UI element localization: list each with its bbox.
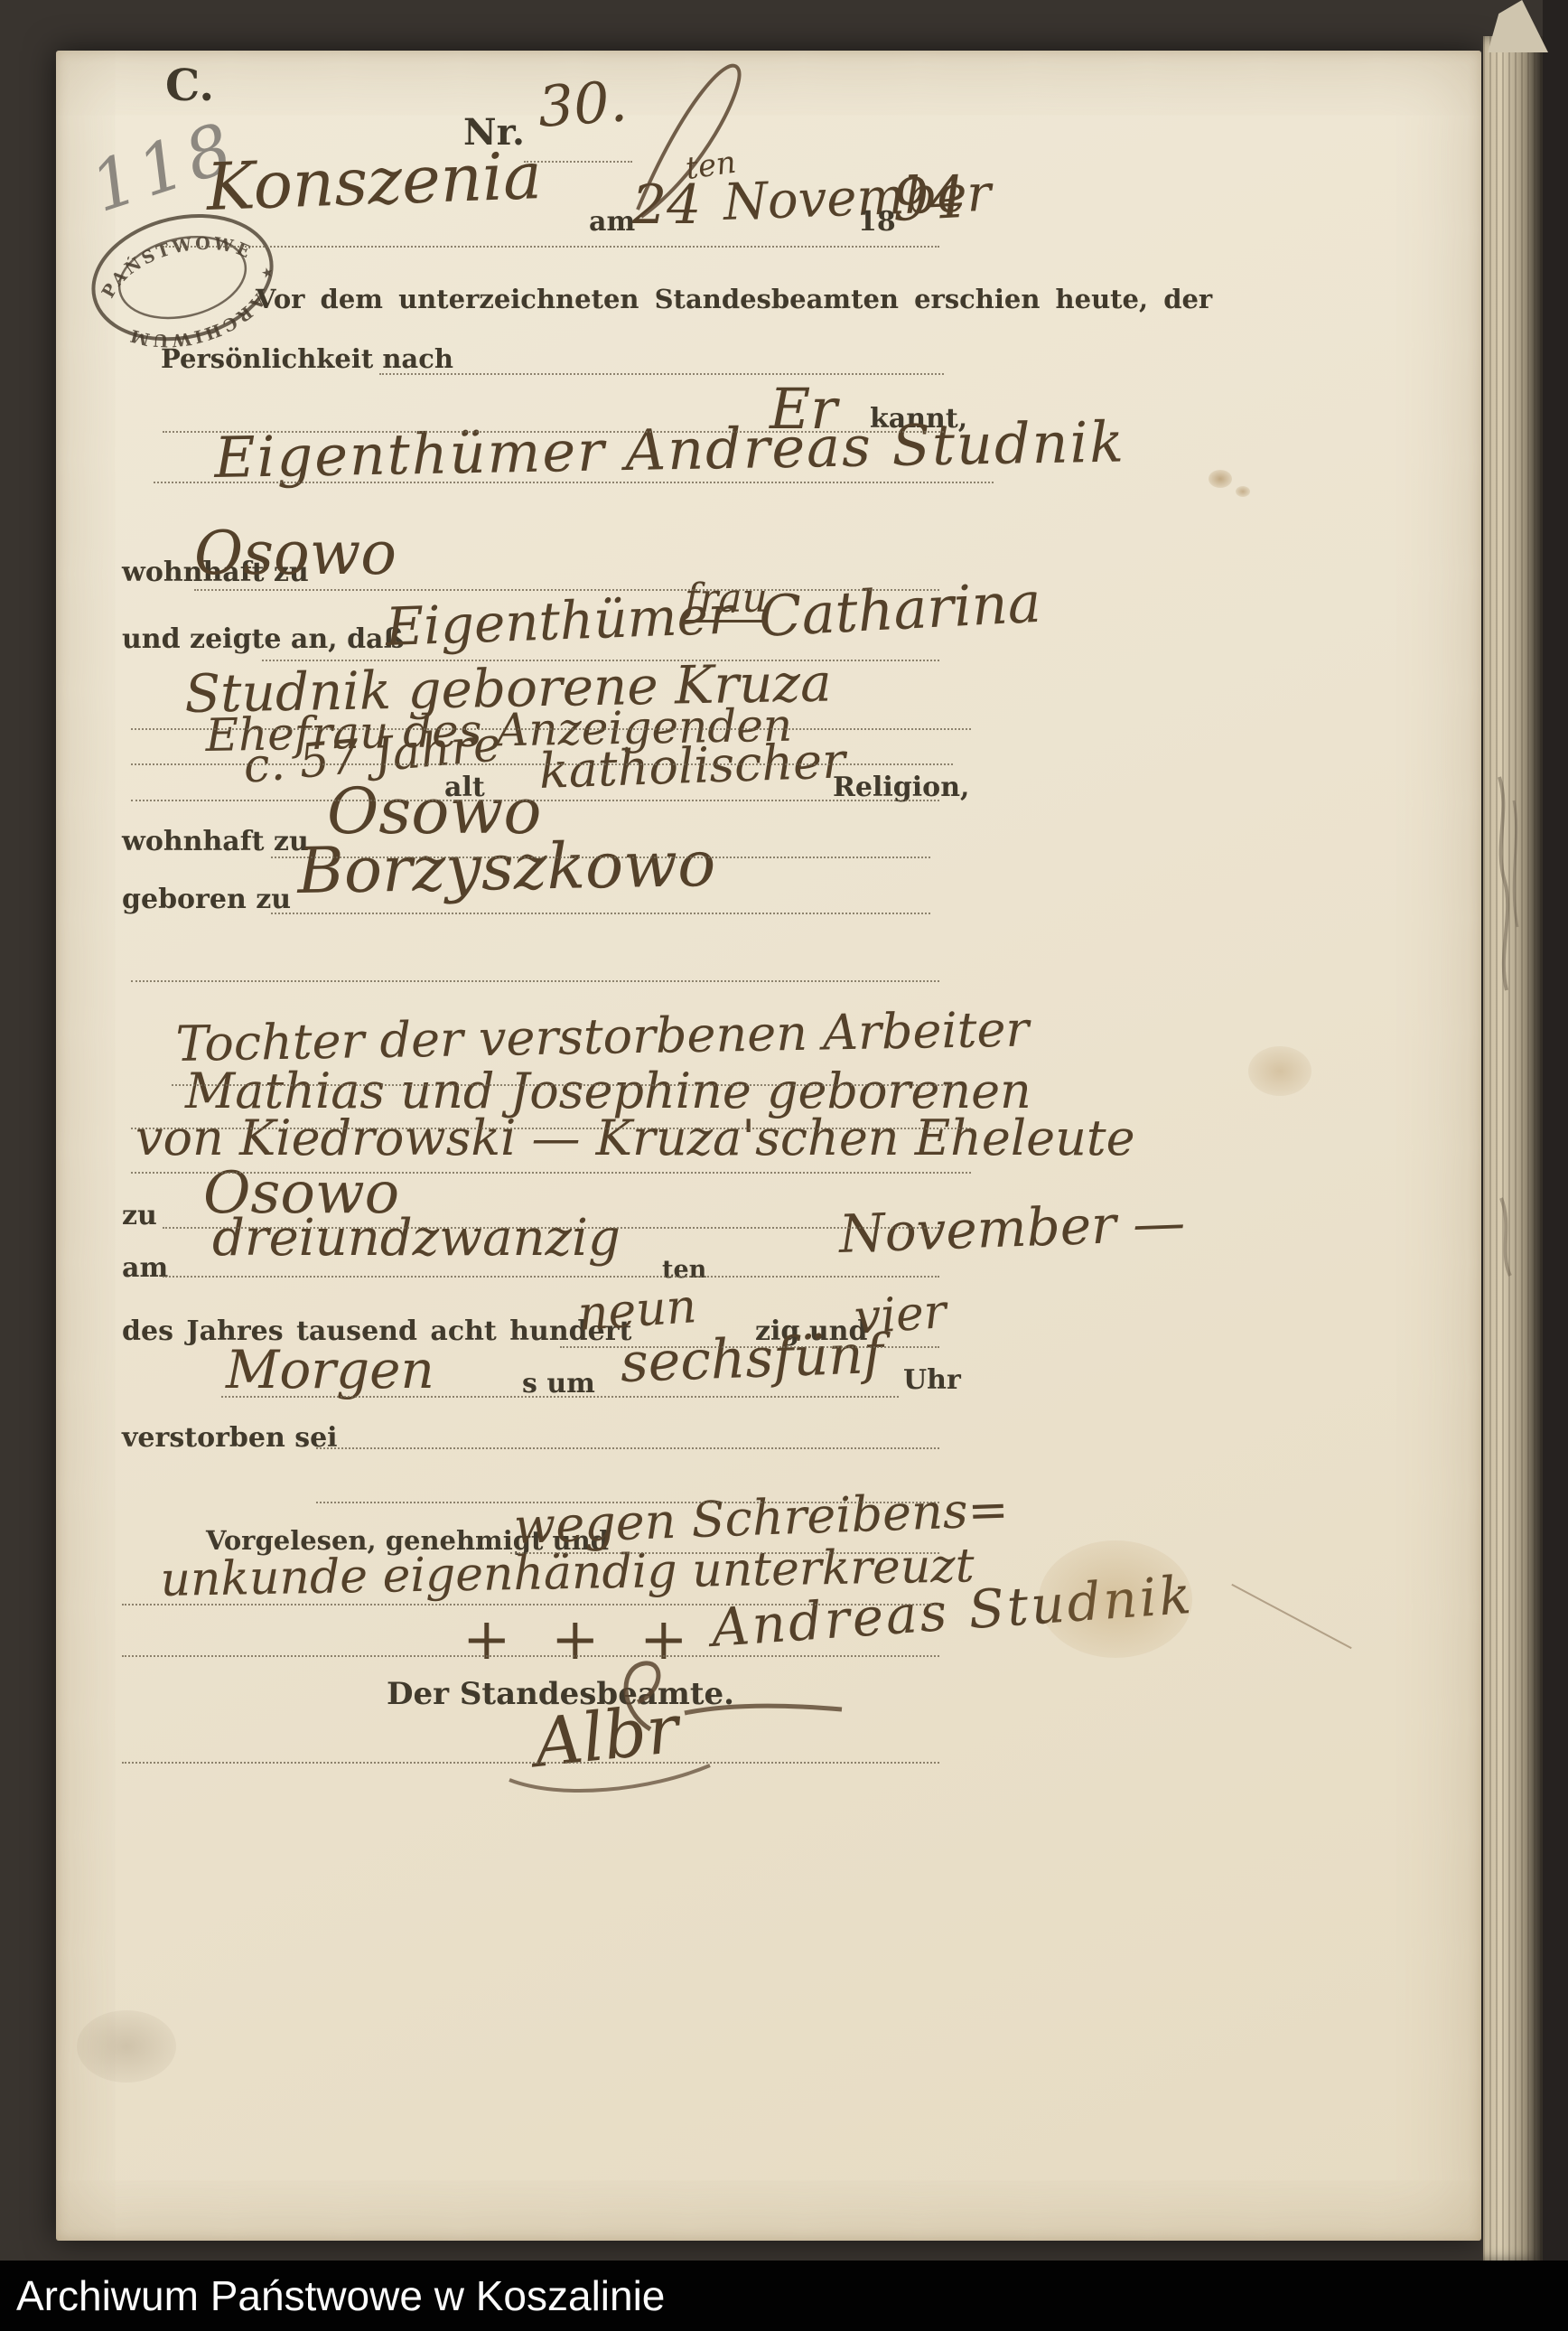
ruling-line xyxy=(163,1276,939,1278)
ruling-line xyxy=(316,1502,939,1503)
declarant-residence: Osowo xyxy=(194,522,397,585)
ruling-line xyxy=(131,800,939,801)
ruling-line xyxy=(316,1447,939,1449)
ruling-line xyxy=(524,161,632,163)
ruling-line xyxy=(271,913,930,914)
year-handwritten: 94 xyxy=(891,168,967,232)
ruling-line xyxy=(172,1084,957,1086)
death-am-label: am xyxy=(122,1254,168,1283)
deceased-occupation: Eigenthümer xyxy=(385,588,734,655)
ruling-line xyxy=(131,1172,971,1174)
religion-label: Religion, xyxy=(833,773,969,802)
ruling-line xyxy=(154,482,994,483)
year-printed-prefix: 18 xyxy=(858,208,896,237)
background-right xyxy=(1543,0,1568,2261)
signature-underline-flourish xyxy=(506,1760,714,1802)
geboren-label: geboren zu xyxy=(122,885,291,914)
pen-flourish xyxy=(630,47,757,223)
ruling-line xyxy=(271,857,930,858)
ruling-line xyxy=(131,728,971,730)
religion-handwritten: katholischer xyxy=(538,735,846,797)
post-label-stroke xyxy=(683,1699,845,1722)
archive-caption: Archiwum Państwowe w Koszalinie xyxy=(16,2272,665,2319)
time-period: Morgen xyxy=(226,1343,434,1398)
frau-insertion: frau xyxy=(685,578,768,623)
ruling-line xyxy=(122,1655,939,1657)
archive-caption-bar: Archiwum Państwowe w Koszalinie xyxy=(0,2261,1568,2331)
intro-line-2: Persönlichkeit nach xyxy=(161,345,453,372)
ruling-line xyxy=(163,1227,939,1229)
archival-photo: { "footer": { "label": "Archiwum Państwo… xyxy=(0,0,1568,2331)
zeigte-an-label: und zeigte an, daß xyxy=(122,625,404,654)
am-label: am xyxy=(589,208,635,237)
death-day: dreiundzwanzig xyxy=(212,1212,621,1266)
form-letter-c: C. xyxy=(165,63,214,108)
verstorben-label: verstorben sei xyxy=(122,1424,338,1453)
wohnhaft-label-2: wohnhaft zu xyxy=(122,828,309,857)
death-time: sechsfünf xyxy=(620,1326,884,1392)
fore-edge-ink-marks xyxy=(1487,773,1532,1279)
declarant-name-line: Eigenthümer Andreas Studnik xyxy=(214,412,1126,487)
zu-label: zu xyxy=(122,1202,157,1231)
parents-line-3: von Kiedrowski — Kruza'schen Eheleute xyxy=(135,1113,1135,1165)
deceased-birthplace: Borzyszkowo xyxy=(297,831,716,905)
ruling-line xyxy=(379,373,944,375)
ruling-line xyxy=(131,980,939,982)
ruling-line xyxy=(131,1128,971,1129)
ruling-line xyxy=(131,763,953,765)
intro-line-1: Vor dem unterzeichneten Standesbeamten e… xyxy=(256,286,1212,313)
s-um-printed: s um xyxy=(522,1370,595,1399)
ruling-line xyxy=(560,1346,939,1348)
ruling-line xyxy=(221,1396,899,1398)
uhr-label: Uhr xyxy=(903,1366,961,1395)
record-number: 30. xyxy=(536,71,629,136)
ruling-line xyxy=(194,589,939,591)
deceased-firstname: Catharina xyxy=(758,573,1043,646)
ruling-line xyxy=(122,1762,939,1764)
ruling-line xyxy=(122,1604,939,1605)
ruling-line xyxy=(163,246,939,248)
registry-place: Konszenia xyxy=(205,142,543,222)
ruling-line xyxy=(262,660,939,661)
nine-loop-flourish xyxy=(611,1657,674,1733)
ruling-line xyxy=(510,1552,939,1554)
ruling-line xyxy=(163,431,944,433)
